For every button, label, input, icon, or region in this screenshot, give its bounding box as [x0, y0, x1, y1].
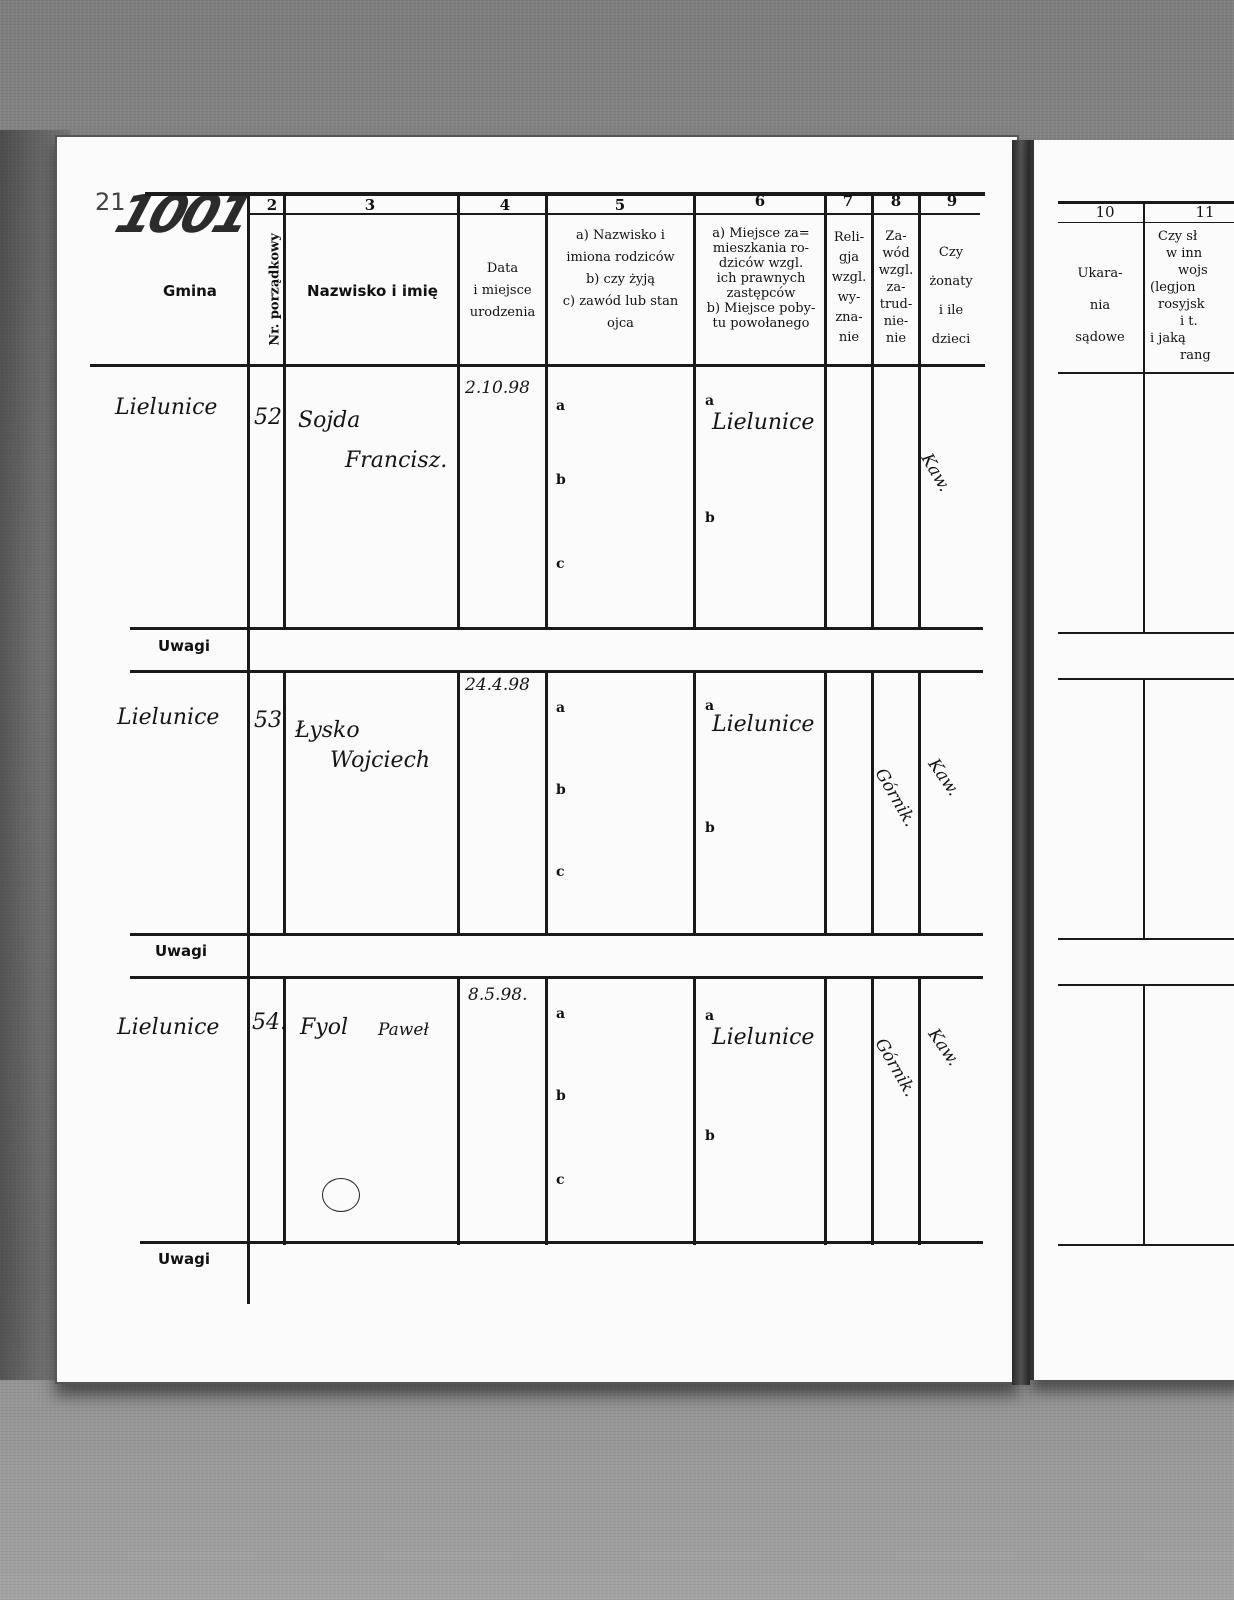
column-divider	[824, 673, 827, 933]
header-line: b) czy żyją	[548, 269, 693, 291]
header-line: c) zawód lub stan	[548, 291, 693, 313]
header-line: trud-	[873, 296, 919, 313]
column-divider	[693, 673, 696, 933]
header-line: żonaty	[920, 267, 982, 296]
header-line: zastępców	[696, 286, 826, 301]
header-bottom-rule-right	[1058, 372, 1234, 374]
header-line: urodzenia	[460, 302, 545, 324]
column-divider	[283, 196, 286, 366]
header-line: sądowe	[1060, 322, 1140, 354]
column-divider	[283, 367, 286, 627]
header-line: nie-	[873, 313, 919, 330]
column-divider	[918, 367, 921, 627]
entry-birth-date: 8.5.98.	[468, 985, 527, 1005]
header-zawod: Za- wód wzgl. za- trud- nie- nie	[873, 228, 919, 347]
entry-nr: 53	[254, 708, 282, 733]
header-line: (legjon	[1150, 279, 1234, 296]
header-line: Data	[460, 258, 545, 280]
column-number: 4	[495, 196, 515, 214]
sub-letter-b: b	[556, 472, 566, 488]
entry-given-name: Francisz.	[345, 448, 447, 473]
entry-gmina: Lielunice	[117, 705, 219, 730]
header-line: i t.	[1150, 313, 1234, 330]
remarks-label: Uwagi	[155, 942, 207, 960]
sub-letter-b: b	[556, 782, 566, 798]
header-line: Czy sł	[1150, 228, 1234, 245]
remarks-label: Uwagi	[158, 1250, 210, 1268]
column-number: 2	[262, 196, 282, 214]
row-rule	[130, 933, 983, 936]
column-divider	[918, 673, 921, 933]
column-divider	[918, 979, 921, 1245]
column-divider	[457, 673, 460, 933]
column-divider	[871, 367, 874, 627]
column-divider	[871, 673, 874, 933]
header-line: rang	[1150, 347, 1234, 364]
header-line: nia	[1060, 290, 1140, 322]
sub-letter-a: a	[705, 393, 714, 409]
column-divider	[824, 367, 827, 627]
column-divider	[545, 979, 548, 1245]
column-number: 7	[838, 192, 858, 210]
entry-nr: 54.	[252, 1010, 287, 1035]
column-number: 5	[610, 196, 630, 214]
sub-letter-a: a	[705, 1008, 714, 1024]
header-line: imiona rodziców	[548, 247, 693, 269]
row-rule	[140, 1241, 983, 1244]
sub-letter-c: c	[556, 1172, 565, 1188]
column-divider	[457, 196, 460, 366]
header-line: zna-	[826, 308, 872, 328]
header-line: wzgl.	[873, 262, 919, 279]
column-divider	[247, 1244, 250, 1304]
column-divider	[1143, 986, 1145, 1244]
header-line: mieszkania ro-	[696, 241, 826, 256]
column-divider	[693, 367, 696, 627]
sub-letter-c: c	[556, 556, 565, 572]
sub-letter-b: b	[556, 1088, 566, 1104]
sub-letter-a: a	[556, 700, 565, 716]
header-line: gja	[826, 248, 872, 268]
header-religja: Reli- gja wzgl. wy- zna- nie	[826, 228, 872, 348]
row-rule	[130, 670, 983, 673]
entry-surname: Sojda	[298, 408, 360, 433]
header-line: i ile	[920, 296, 982, 325]
column-divider	[1143, 680, 1145, 938]
column-number: 8	[886, 192, 906, 210]
column-divider	[918, 196, 921, 366]
header-nr-porzadkowy: Nr. porządkowy	[268, 230, 283, 350]
row-rule	[1058, 984, 1234, 986]
header-line: ich prawnych	[696, 271, 826, 286]
column-divider	[871, 196, 874, 366]
header-line: nie	[826, 328, 872, 348]
header-nazwisko-imie: Nazwisko i imię	[290, 284, 455, 299]
header-line: i jaką	[1150, 330, 1234, 347]
column-divider	[457, 367, 460, 627]
entry-gmina: Lielunice	[117, 1015, 219, 1040]
header-bottom-rule	[90, 364, 985, 367]
column-divider	[1143, 203, 1145, 373]
column-divider	[545, 673, 548, 933]
column-number: 6	[750, 192, 770, 210]
header-line: Czy	[920, 238, 982, 267]
header-zonaty: Czy żonaty i ile dzieci	[920, 238, 982, 354]
header-line: dzieci	[920, 325, 982, 354]
column-number: 9	[942, 192, 962, 210]
header-line: wojs	[1150, 262, 1234, 279]
column-number: 10	[1085, 203, 1125, 221]
entry-residence-a: Lielunice	[712, 410, 814, 435]
entry-given-name: Paweł	[378, 1020, 429, 1040]
column-divider	[693, 196, 696, 366]
header-line: a) Nazwisko i	[548, 225, 693, 247]
header-line: a) Miejsce za=	[696, 226, 826, 241]
header-line: rosyjsk	[1150, 296, 1234, 313]
sub-letter-b: b	[705, 820, 715, 836]
column-divider	[283, 673, 286, 933]
column-divider	[1143, 374, 1145, 632]
header-czy-sluzyl: Czy sł w inn wojs (legjon rosyjsk i t. i…	[1150, 228, 1234, 364]
header-line: Ukara-	[1060, 258, 1140, 290]
row-rule	[130, 627, 983, 630]
header-line: ojca	[548, 313, 693, 335]
column-number: 3	[360, 196, 380, 214]
row-rule	[1058, 678, 1234, 680]
header-line: Reli-	[826, 228, 872, 248]
entry-surname: Łysko	[295, 718, 360, 743]
header-line: wzgl.	[826, 268, 872, 288]
sub-letter-a: a	[556, 398, 565, 414]
entry-surname: Fyol	[300, 1015, 348, 1040]
entry-birth-date: 24.4.98	[465, 675, 530, 695]
row-rule	[1058, 1244, 1234, 1246]
column-divider	[824, 196, 827, 366]
sub-letter-b: b	[705, 510, 715, 526]
book-gutter	[1012, 140, 1030, 1385]
row-rule	[1058, 632, 1234, 634]
entry-nr: 52	[254, 405, 282, 430]
header-line: Za-	[873, 228, 919, 245]
header-line: wód	[873, 245, 919, 262]
entry-residence-a: Lielunice	[712, 1025, 814, 1050]
header-gmina: Gmina	[140, 284, 240, 299]
header-line: wy-	[826, 288, 872, 308]
entry-given-name: Wojciech	[330, 748, 430, 773]
column-divider	[545, 196, 548, 366]
column-divider	[693, 979, 696, 1245]
column-number: 11	[1185, 203, 1225, 221]
remarks-label: Uwagi	[158, 637, 210, 655]
row-rule	[1058, 938, 1234, 940]
circle-mark-icon	[322, 1178, 360, 1212]
header-line: i miejsce	[460, 280, 545, 302]
header-line: b) Miejsce poby-	[696, 301, 826, 316]
sub-letter-a: a	[556, 1006, 565, 1022]
header-line: za-	[873, 279, 919, 296]
header-line: dziców wzgl.	[696, 256, 826, 271]
column-divider	[457, 979, 460, 1245]
column-divider	[824, 979, 827, 1245]
entry-birth-date: 2.10.98	[465, 378, 530, 398]
entry-residence-a: Lielunice	[712, 712, 814, 737]
header-line: nie	[873, 330, 919, 347]
column-divider	[247, 196, 250, 1304]
column-divider	[545, 367, 548, 627]
sub-letter-c: c	[556, 864, 565, 880]
entry-gmina: Lielunice	[115, 395, 217, 420]
column-divider	[871, 979, 874, 1245]
header-rodzice: a) Nazwisko i imiona rodziców b) czy żyj…	[548, 225, 693, 335]
sub-letter-b: b	[705, 1128, 715, 1144]
header-data-urodzenia: Data i miejsce urodzenia	[460, 258, 545, 324]
header-line: tu powołanego	[696, 316, 826, 331]
colnum-rule-right	[1058, 222, 1234, 223]
header-line: w inn	[1150, 245, 1234, 262]
row-rule	[130, 976, 983, 979]
header-miejsce-zamieszkania: a) Miejsce za= mieszkania ro- dziców wzg…	[696, 226, 826, 331]
header-ukarania: Ukara- nia sądowe	[1060, 258, 1140, 354]
